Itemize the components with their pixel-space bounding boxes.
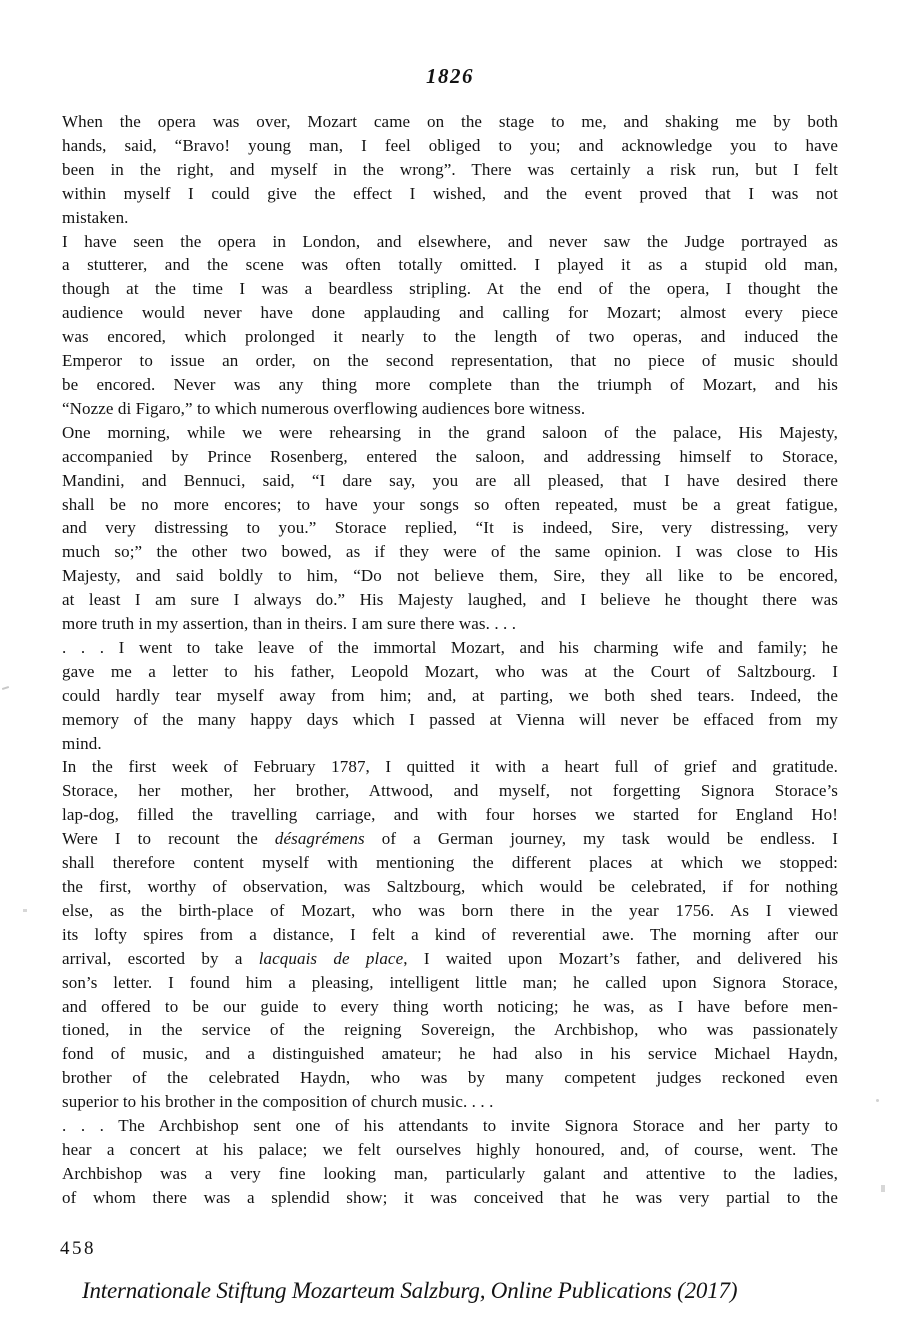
footer-credit: Internationale Stiftung Mozarteum Salzbu… bbox=[82, 1278, 737, 1304]
text-line: was encored, which prolonged it nearly t… bbox=[62, 325, 838, 349]
body-text: When the opera was over, Mozart came on … bbox=[62, 110, 838, 1210]
text-line: One morning, while we were rehearsing in… bbox=[62, 421, 838, 445]
text-line: lap-dog, filled the travelling carriage,… bbox=[62, 803, 838, 827]
text-line: its lofty spires from a distance, I felt… bbox=[62, 923, 838, 947]
text-line: within myself I could give the effect I … bbox=[62, 182, 838, 206]
text-line: gave me a letter to his father, Leopold … bbox=[62, 660, 838, 684]
text-line: a stutterer, and the scene was often tot… bbox=[62, 253, 838, 277]
scan-artifact bbox=[876, 1099, 879, 1102]
text-line: much so;” the other two bowed, as if the… bbox=[62, 540, 838, 564]
text-line: mistaken. bbox=[62, 206, 838, 230]
text-line: In the first week of February 1787, I qu… bbox=[62, 755, 838, 779]
text-line: Emperor to issue an order, on the second… bbox=[62, 349, 838, 373]
text-line: Archbishop was a very fine looking man, … bbox=[62, 1162, 838, 1186]
scan-artifact bbox=[881, 1185, 885, 1192]
text-line: at least I am sure I always do.” His Maj… bbox=[62, 588, 838, 612]
text-line: and offered to be our guide to every thi… bbox=[62, 995, 838, 1019]
text-line: arrival, escorted by a lacquais de place… bbox=[62, 947, 838, 971]
text-line: could hardly tear myself away from him; … bbox=[62, 684, 838, 708]
scanned-book-page: 1826 When the opera was over, Mozart cam… bbox=[0, 0, 900, 1326]
text-line: brother of the celebrated Haydn, who was… bbox=[62, 1066, 838, 1090]
text-line: hear a concert at his palace; we felt ou… bbox=[62, 1138, 838, 1162]
text-line: Majesty, and said boldly to him, “Do not… bbox=[62, 564, 838, 588]
text-line: hands, said, “Bravo! young man, I feel o… bbox=[62, 134, 838, 158]
text-line: shall therefore content myself with ment… bbox=[62, 851, 838, 875]
text-line: . . . I went to take leave of the immort… bbox=[62, 636, 838, 660]
text-line: the first, worthy of observation, was Sa… bbox=[62, 875, 838, 899]
text-line: audience would never have done applaudin… bbox=[62, 301, 838, 325]
scan-artifact bbox=[2, 686, 9, 690]
scan-artifact bbox=[23, 909, 27, 912]
text-line: memory of the many happy days which I pa… bbox=[62, 708, 838, 732]
text-line: be encored. Never was any thing more com… bbox=[62, 373, 838, 397]
page-number: 458 bbox=[60, 1238, 96, 1260]
text-line: and very distressing to you.” Storace re… bbox=[62, 516, 838, 540]
text-line: . . . The Archbishop sent one of his att… bbox=[62, 1114, 838, 1138]
text-line: shall be no more encores; to have your s… bbox=[62, 493, 838, 517]
text-line: I have seen the opera in London, and els… bbox=[62, 230, 838, 254]
text-line: Storace, her mother, her brother, Attwoo… bbox=[62, 779, 838, 803]
text-line: tioned, in the service of the reigning S… bbox=[62, 1018, 838, 1042]
text-line: When the opera was over, Mozart came on … bbox=[62, 110, 838, 134]
text-line: “Nozze di Figaro,” to which numerous ove… bbox=[62, 397, 838, 421]
text-line: superior to his brother in the compositi… bbox=[62, 1090, 838, 1114]
text-line: son’s letter. I found him a pleasing, in… bbox=[62, 971, 838, 995]
text-line: Were I to recount the désagrémens of a G… bbox=[62, 827, 838, 851]
text-line: Mandini, and Bennuci, said, “I dare say,… bbox=[62, 469, 838, 493]
text-line: mind. bbox=[62, 732, 838, 756]
text-line: though at the time I was a beardless str… bbox=[62, 277, 838, 301]
text-line: fond of music, and a distinguished amate… bbox=[62, 1042, 838, 1066]
running-head-year: 1826 bbox=[62, 64, 838, 89]
text-line: else, as the birth-place of Mozart, who … bbox=[62, 899, 838, 923]
text-line: accompanied by Prince Rosenberg, entered… bbox=[62, 445, 838, 469]
text-line: of whom there was a splendid show; it wa… bbox=[62, 1186, 838, 1210]
text-line: been in the right, and myself in the wro… bbox=[62, 158, 838, 182]
text-line: more truth in my assertion, than in thei… bbox=[62, 612, 838, 636]
